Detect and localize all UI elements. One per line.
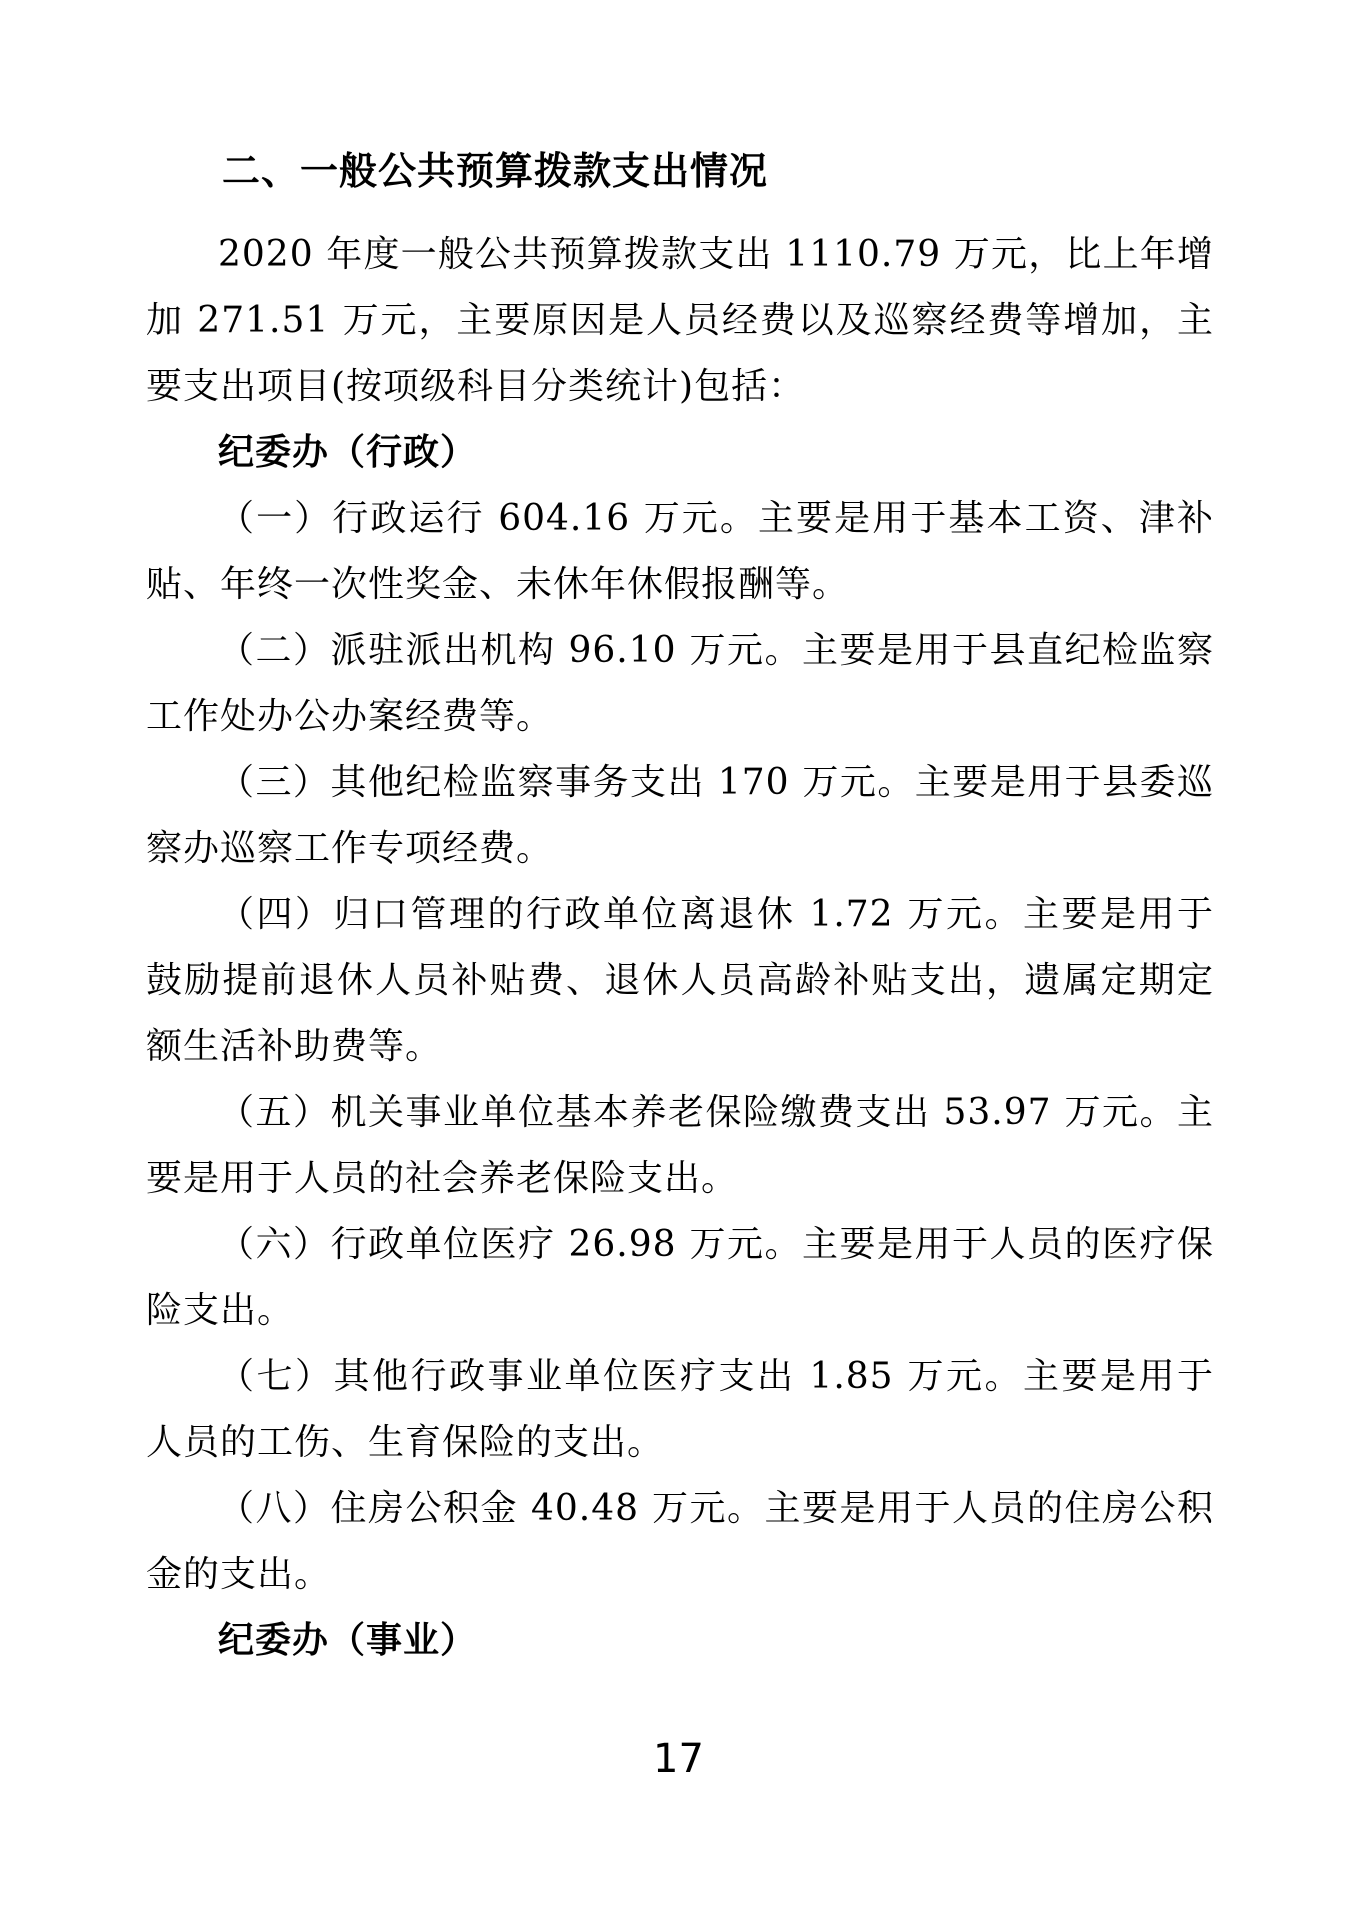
document-page: 二、一般公共预算拨款支出情况 2020 年度一般公共预算拨款支出 1110.79… bbox=[0, 0, 1357, 1920]
section-title: 二、一般公共预算拨款支出情况 bbox=[146, 138, 1214, 204]
expense-item-2: （二）派驻派出机构 96.10 万元。主要是用于县直纪检监察工作处办公办案经费等… bbox=[146, 618, 1214, 750]
expense-item-4: （四）归口管理的行政单位离退休 1.72 万元。主要是用于鼓励提前退休人员补贴费… bbox=[146, 882, 1214, 1080]
intro-paragraph: 2020 年度一般公共预算拨款支出 1110.79 万元，比上年增加 271.5… bbox=[146, 222, 1214, 420]
expense-item-3: （三）其他纪检监察事务支出 170 万元。主要是用于县委巡察办巡察工作专项经费。 bbox=[146, 750, 1214, 882]
expense-item-7: （七）其他行政事业单位医疗支出 1.85 万元。主要是用于人员的工伤、生育保险的… bbox=[146, 1344, 1214, 1476]
expense-item-6: （六）行政单位医疗 26.98 万元。主要是用于人员的医疗保险支出。 bbox=[146, 1212, 1214, 1344]
expense-item-1: （一）行政运行 604.16 万元。主要是用于基本工资、津补贴、年终一次性奖金、… bbox=[146, 486, 1214, 618]
page-content: 二、一般公共预算拨款支出情况 2020 年度一般公共预算拨款支出 1110.79… bbox=[146, 138, 1214, 1674]
expense-item-5: （五）机关事业单位基本养老保险缴费支出 53.97 万元。主要是用于人员的社会养… bbox=[146, 1080, 1214, 1212]
page-number: 17 bbox=[0, 1735, 1357, 1783]
subheading-jiweiban-admin: 纪委办（行政） bbox=[146, 420, 1214, 486]
subheading-jiweiban-institution: 纪委办（事业） bbox=[146, 1608, 1214, 1674]
expense-item-8: （八）住房公积金 40.48 万元。主要是用于人员的住房公积金的支出。 bbox=[146, 1476, 1214, 1608]
